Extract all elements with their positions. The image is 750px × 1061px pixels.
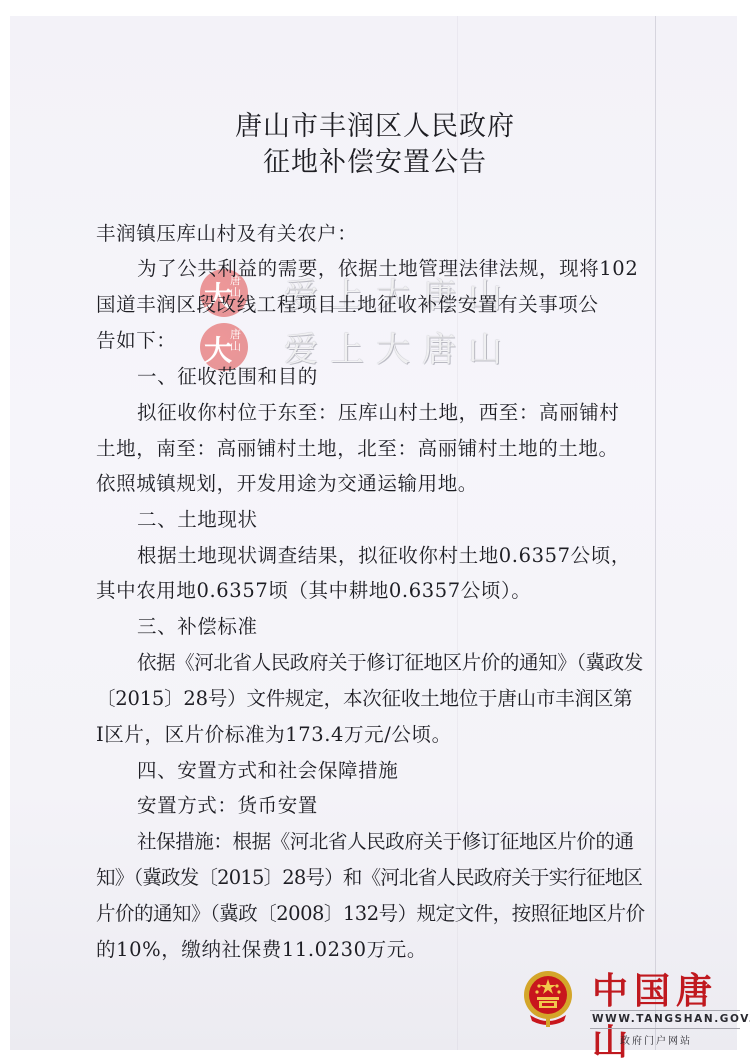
logo-url: WWW.TANGSHAN.GOV.CN: [592, 1013, 750, 1025]
logo-divider: [590, 1010, 740, 1011]
body-line: 依照城镇规划，开发用途为交通运输用地。: [96, 468, 478, 496]
salutation: 丰润镇压库山村及有关农户：: [96, 218, 357, 246]
body-line: 告如下：: [96, 325, 176, 353]
body-line: 依据《河北省人民政府关于修订征地区片价的通知》（冀政发: [137, 647, 643, 675]
body-line: 其中农用地0.6357顷（其中耕地0.6357公顷）。: [96, 575, 531, 603]
body-line: 为了公共利益的需要，依据土地管理法律法规，现将102: [137, 253, 638, 281]
body-line: Ⅰ区片，区片价标准为173.4万元/公顷。: [96, 719, 452, 747]
body-line: 知》（冀政发〔2015〕28号）和《河北省人民政府关于实行征地区: [96, 862, 642, 890]
national-emblem-icon: [520, 967, 576, 1031]
section-heading-1: 一、征收范围和目的: [137, 361, 318, 389]
body-line: 片价的通知》（冀政〔2008〕132号）规定文件，按照征地区片价: [96, 898, 645, 926]
logo-subtitle: 政府门户网站: [620, 1032, 692, 1047]
body-line: 安置方式：货币安置: [137, 790, 318, 818]
body-line: 〔2015〕28号）文件规定，本次征收土地位于唐山市丰润区第: [96, 683, 632, 711]
body-line: 拟征收你村位于东至：压库山村土地，西至：高丽铺村: [137, 397, 619, 425]
tangshan-gov-logo[interactable]: 中国唐山 WWW.TANGSHAN.GOV.CN 政府门户网站: [512, 961, 744, 1051]
document-subtitle: 征地补偿安置公告: [0, 140, 750, 179]
section-heading-4: 四、安置方式和社会保障措施: [137, 755, 398, 783]
watermark-text: 爱上大唐山: [284, 322, 514, 371]
body-line: 的10%，缴纳社保费11.0230万元。: [96, 934, 427, 962]
body-line: 国道丰润区段改线工程项目土地征收补偿安置有关事项公: [96, 289, 599, 317]
section-heading-3: 三、补偿标准: [137, 611, 258, 639]
watermark-badge-small: 唐山: [230, 329, 241, 353]
body-line: 根据土地现状调查结果，拟征收你村土地0.6357公顷，: [137, 540, 631, 568]
body-line: 土地，南至：高丽铺村土地，北至：高丽铺村土地的土地。: [96, 433, 619, 461]
logo-divider: [590, 1028, 740, 1029]
body-line: 社保措施：根据《河北省人民政府关于修订征地区片价的通: [137, 826, 634, 854]
document-title: 唐山市丰润区人民政府: [0, 104, 750, 143]
section-heading-2: 二、土地现状: [137, 504, 258, 532]
